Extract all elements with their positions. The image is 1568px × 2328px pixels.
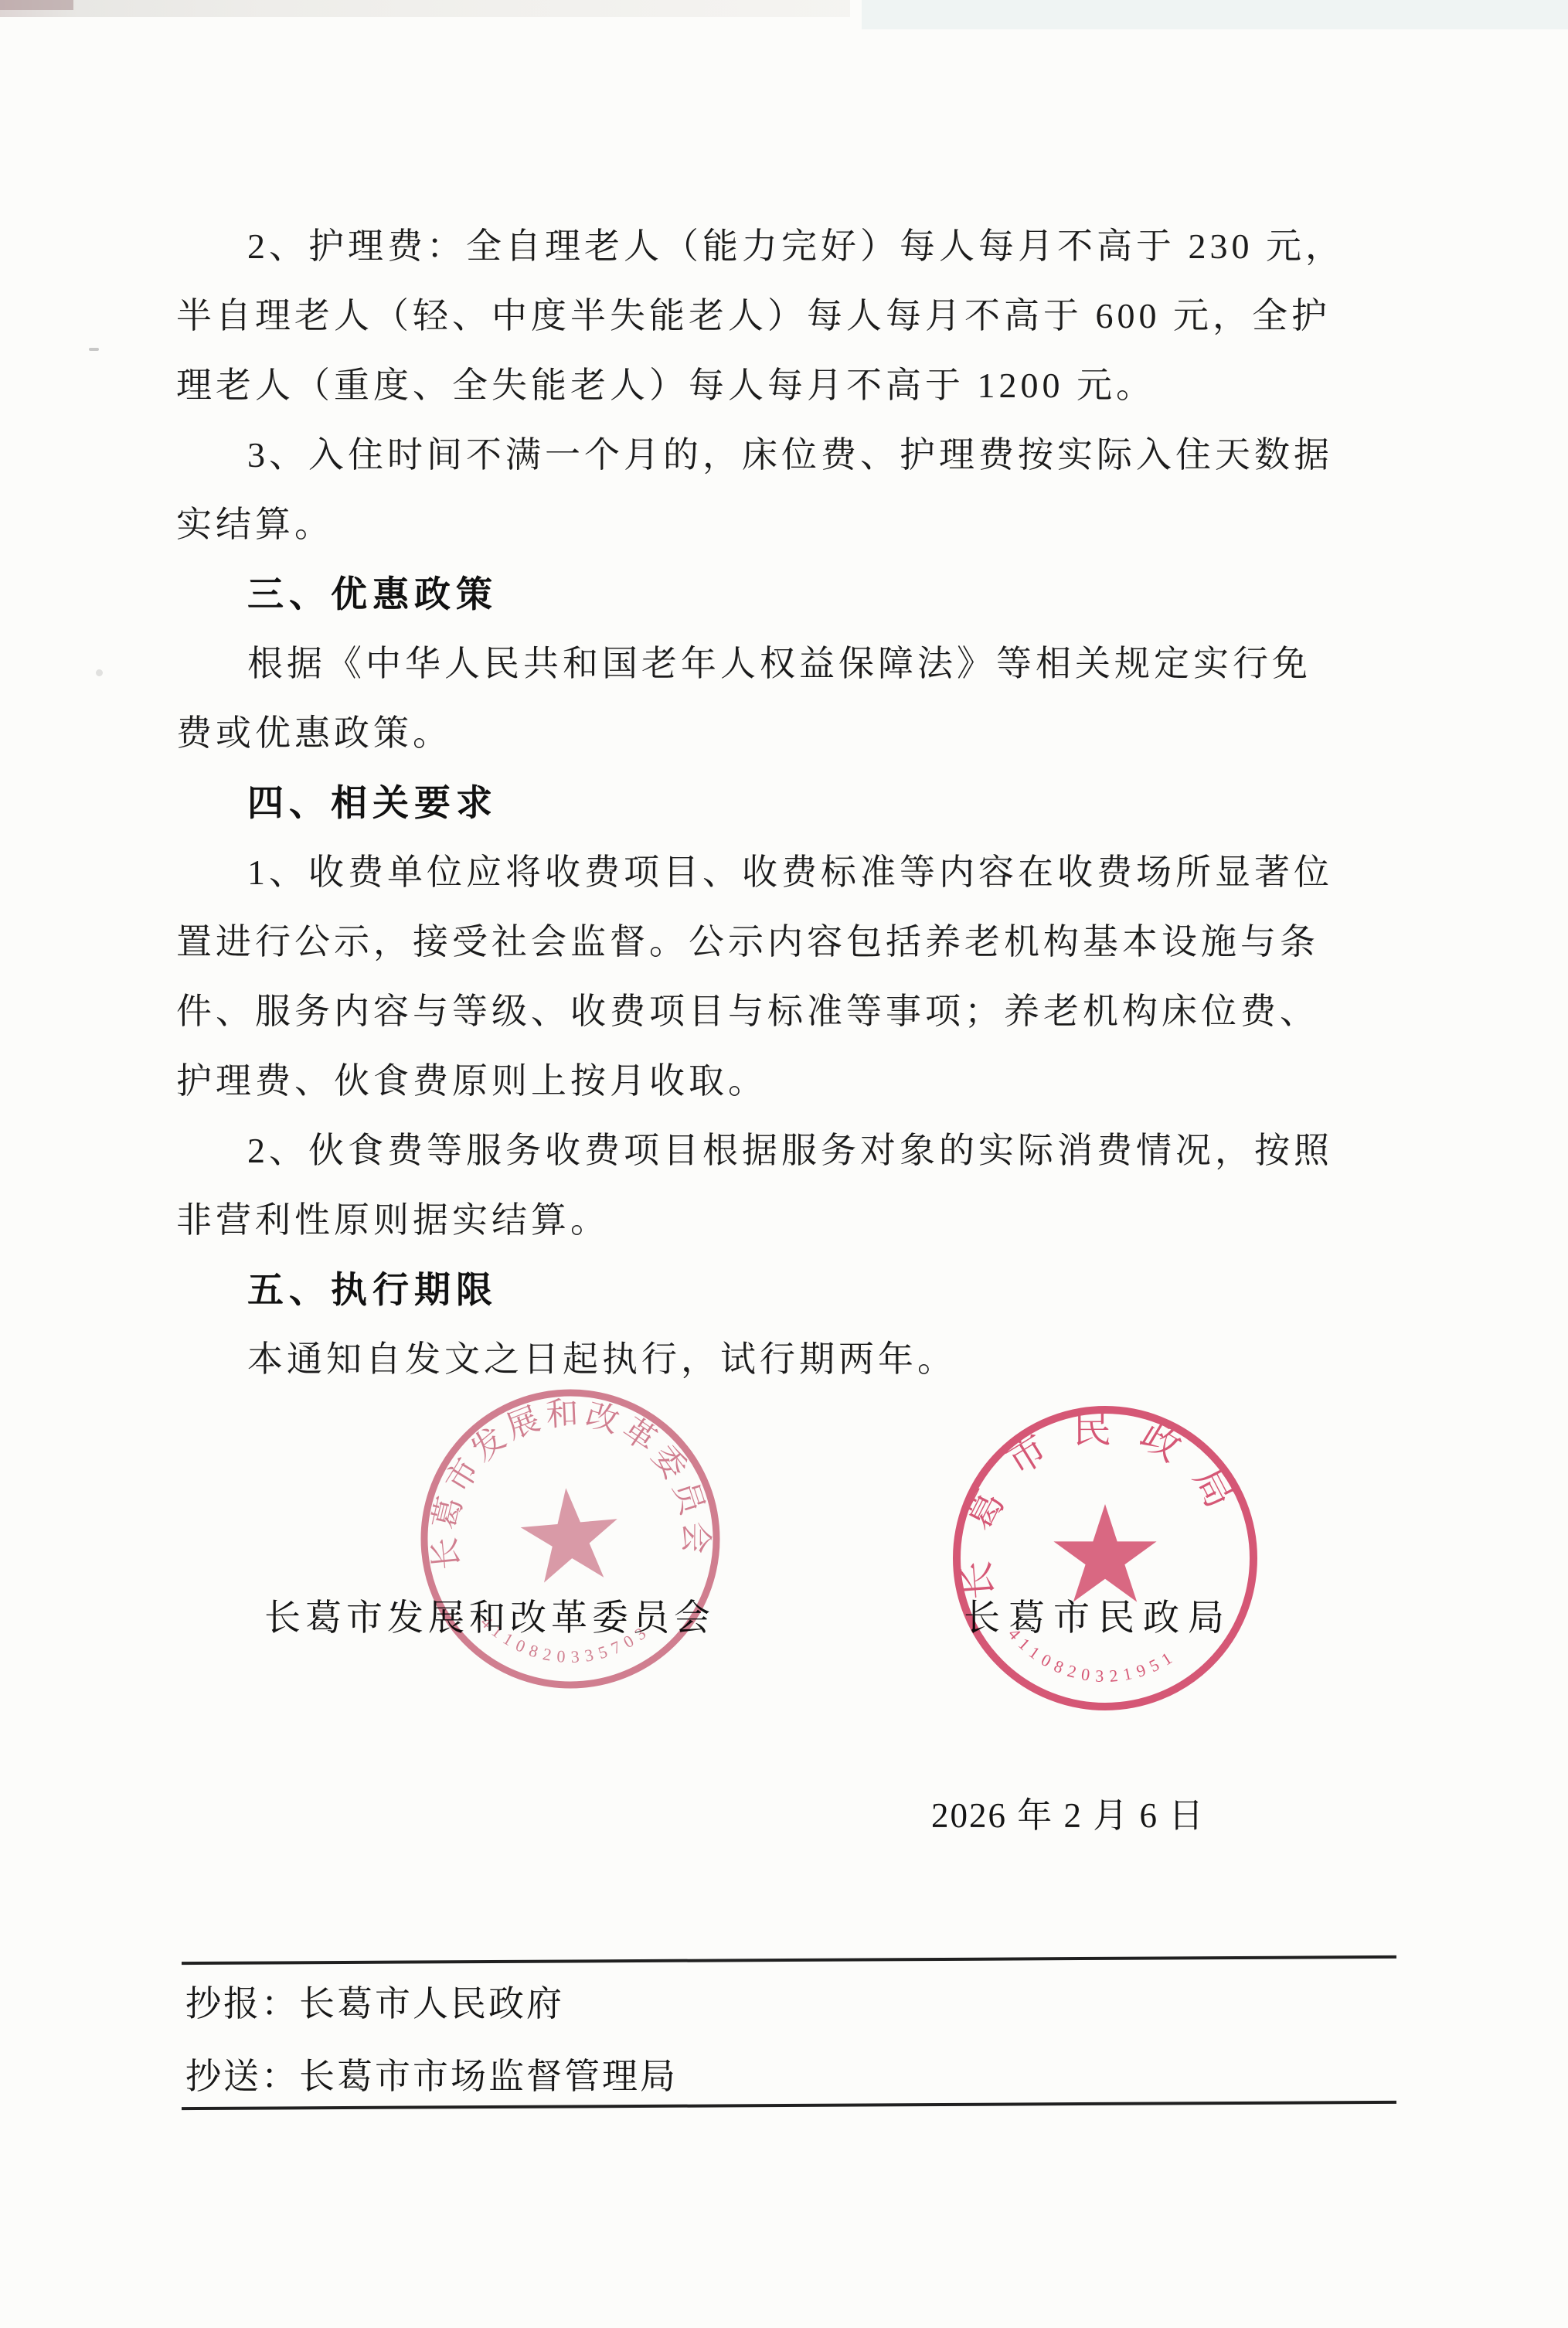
body-line-effective-date: 本通知自发文之日起执行，试行期两年。 xyxy=(247,1336,957,1384)
body-line-law-reference: 根据《中华人民共和国老年人权益保障法》等相关规定实行免 xyxy=(247,640,1311,688)
star-icon xyxy=(1053,1504,1156,1602)
footer-copy-report: 抄报：长葛市人民政府 xyxy=(185,1976,564,2027)
body-line: 理老人（重度、全失能老人）每人每月不高于 1200 元。 xyxy=(176,362,1155,410)
official-seal-civil-affairs-bureau: 长葛市民政局 4110820321951 xyxy=(951,1404,1260,1713)
scanned-notice-page: 2、护理费：全自理老人（能力完好）每人每月不高于 230 元， 半自理老人（轻、… xyxy=(0,0,1568,2328)
footer-divider-bottom xyxy=(182,2101,1396,2110)
body-line: 费或优惠政策。 xyxy=(176,710,452,757)
body-line: 半自理老人（轻、中度半失能老人）每人每月不高于 600 元，全护 xyxy=(176,292,1331,340)
body-line-fee-publicity: 1、收费单位应将收费项目、收费标准等内容在收费场所显著位 xyxy=(247,849,1333,897)
body-line: 护理费、伙食费原则上按月收取。 xyxy=(176,1057,767,1105)
scan-smudge-top xyxy=(0,0,850,17)
footer-divider-top xyxy=(182,1955,1396,1965)
body-line-nursing-fee: 2、护理费：全自理老人（能力完好）每人每月不高于 230 元， xyxy=(247,223,1345,271)
body-line: 置进行公示，接受社会监督。公示内容包括养老机构基本设施与条 xyxy=(176,918,1319,966)
section-heading-execution-period: 五、执行期限 xyxy=(247,1266,498,1314)
seal-code-text: 4110820335703 xyxy=(476,1598,657,1675)
body-line: 非营利性原则据实结算。 xyxy=(176,1196,610,1244)
body-line: 实结算。 xyxy=(176,501,334,549)
scan-speck xyxy=(96,669,103,676)
official-seal-development-reform-commission: 长葛市发展和改革委员会 4110820335703 xyxy=(403,1371,737,1706)
body-line-meal-fee: 2、伙食费等服务收费项目根据服务对象的实际消费情况，按照 xyxy=(247,1127,1333,1175)
section-heading-preferential-policy: 三、优惠政策 xyxy=(247,570,498,618)
section-heading-related-requirements: 四、相关要求 xyxy=(247,779,498,827)
document-date: 2026 年 2 月 6 日 xyxy=(931,1787,1205,1837)
body-line: 件、服务内容与等级、收费项目与标准等事项；养老机构床位费、 xyxy=(176,988,1319,1036)
scan-smudge-top-left xyxy=(0,0,73,10)
scan-smudge-top-right xyxy=(862,0,1568,29)
seal-code-text: 4110820321951 xyxy=(1005,1624,1181,1686)
scan-speck xyxy=(89,348,99,351)
star-icon xyxy=(518,1484,623,1584)
body-line-partial-month: 3、入住时间不满一个月的，床位费、护理费按实际入住天数据 xyxy=(247,431,1333,479)
footer-copy-send: 抄送：长葛市市场监督管理局 xyxy=(185,2048,678,2099)
